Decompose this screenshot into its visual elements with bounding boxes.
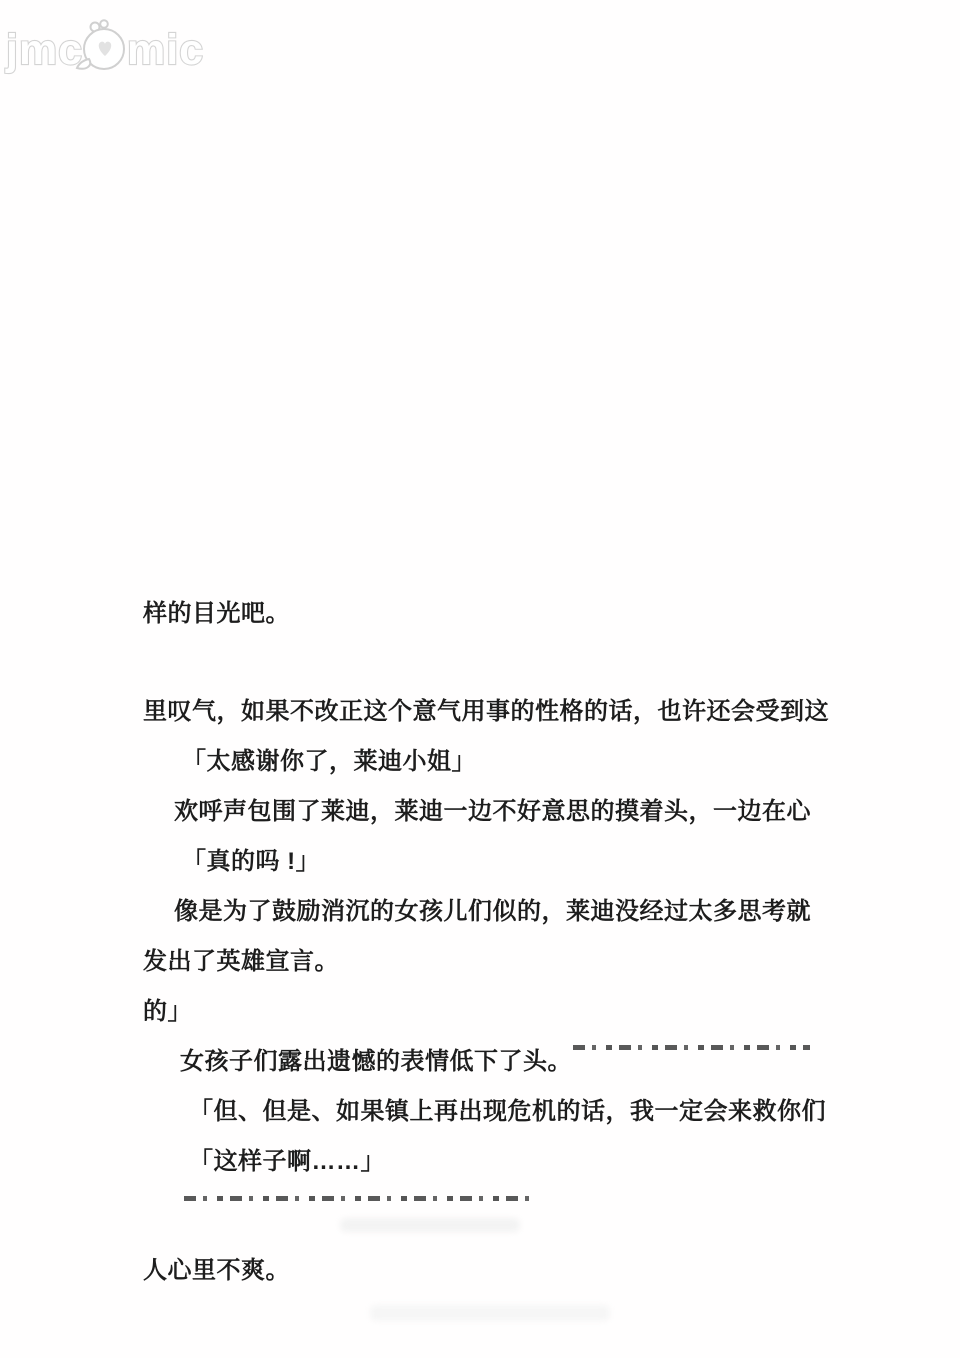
logo-text-mic: mic — [127, 26, 204, 74]
text-line: 「真的吗 !」 — [143, 837, 903, 887]
blank-line — [143, 639, 903, 687]
jmcomic-logo: jmc mic — [4, 18, 214, 84]
text-line: 欢呼声包围了莱迪，莱迪一边不好意思的摸着头，一边在心 — [143, 787, 903, 837]
faded-text-line-artifact — [143, 1196, 903, 1246]
text-line: 人心里不爽。 — [143, 1246, 903, 1296]
logo-text-left: jmc — [5, 26, 83, 74]
text-line: 像是为了鼓励消沉的女孩儿们似的，莱迪没经过太多思考就 — [143, 887, 903, 937]
faded-text-fragment-artifact — [573, 1045, 810, 1050]
text-line: 样的目光吧。 — [143, 589, 903, 639]
mascot-face-icon — [77, 20, 124, 69]
text-line: 的」 — [143, 987, 903, 1037]
text-block: 样的目光吧。 里叹气，如果不改正这个意气用事的性格的话，也许还会受到这 「太感谢… — [143, 589, 903, 1296]
text-line: 发出了英雄宣言。 — [143, 937, 903, 987]
logo-text-jmc: jmc — [5, 26, 83, 74]
logo-text-right: mic — [127, 26, 204, 74]
scan-smudge — [340, 1218, 520, 1232]
novel-page: jmc mic 样的目光吧。 里叹气，如果不改正这个意气用事的性格的话，也许还会… — [0, 0, 960, 1358]
scan-smudge — [370, 1305, 610, 1321]
text-line: 「但、但是、如果镇上再出现危机的话，我一定会来救你们 — [143, 1087, 903, 1137]
text-line: 「太感谢你了，莱迪小姐」 — [143, 737, 903, 787]
text-line: 里叹气，如果不改正这个意气用事的性格的话，也许还会受到这 — [143, 687, 903, 737]
faded-glyph-tops — [184, 1196, 530, 1201]
text-line: 「这样子啊……」 — [143, 1137, 903, 1187]
